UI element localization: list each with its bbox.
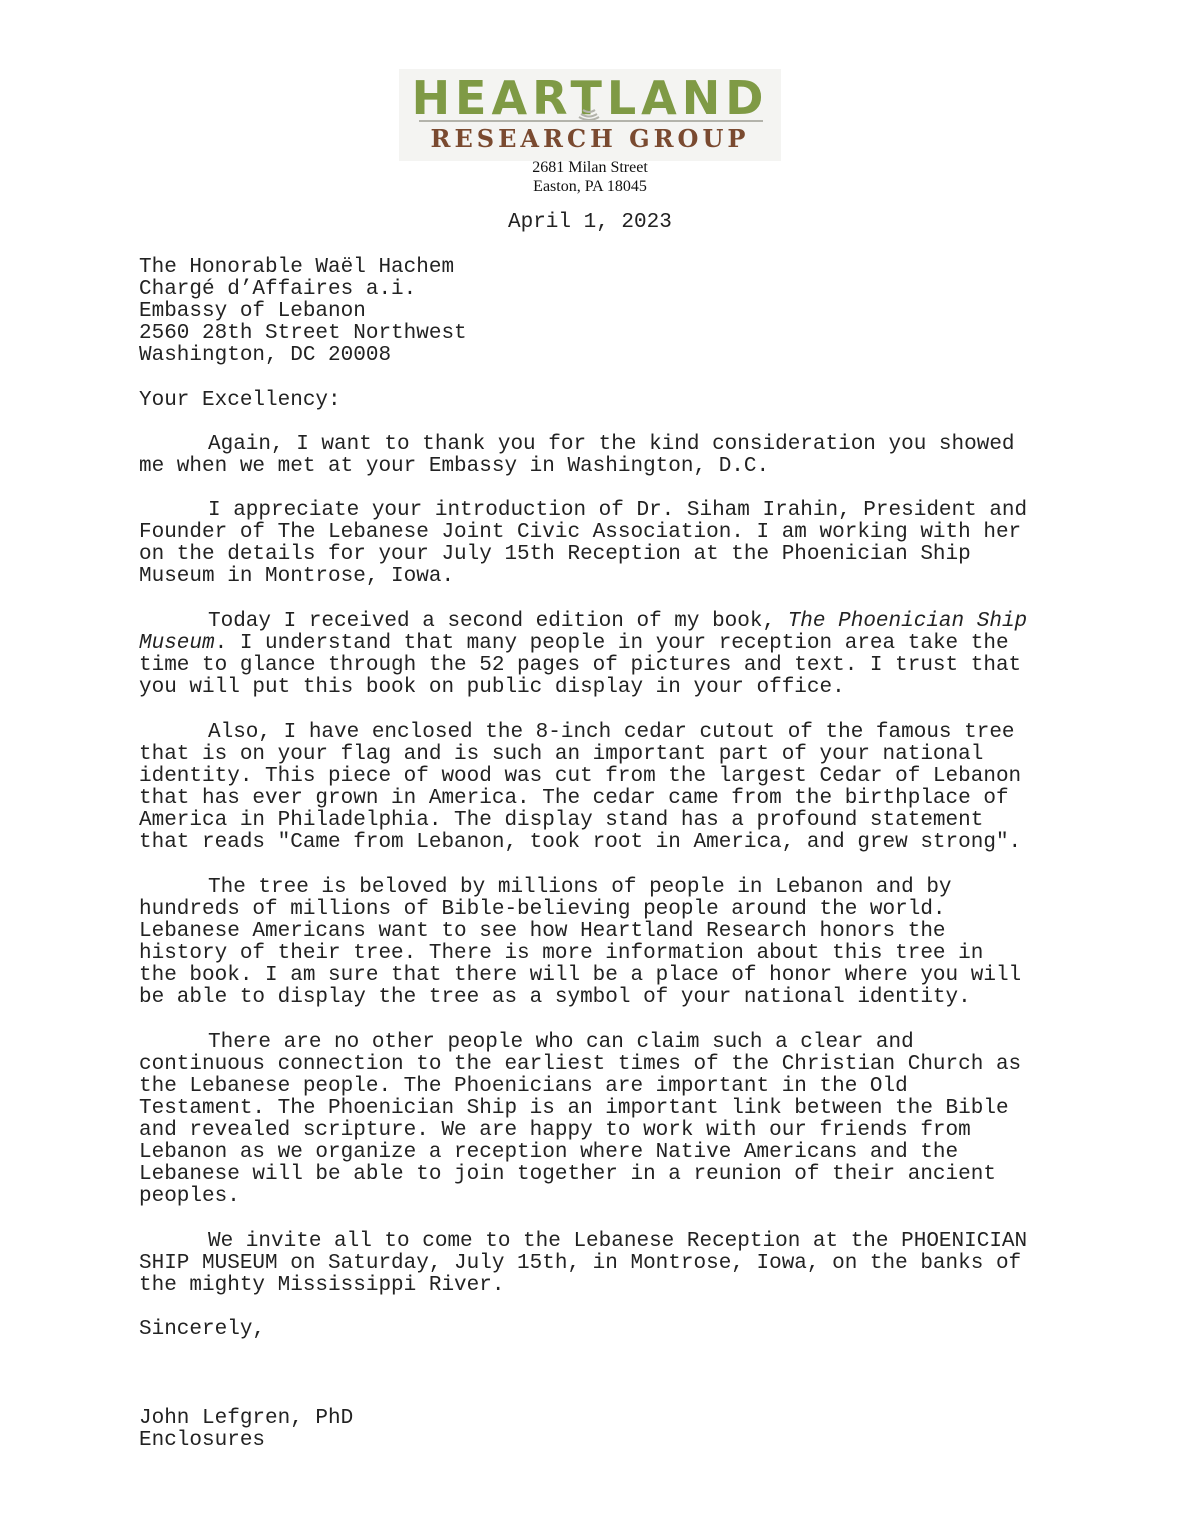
book-title: Museum xyxy=(139,632,215,655)
paragraph-line: me when we met at your Embassy in Washin… xyxy=(139,456,769,478)
paragraph-line: America in Philadelphia. The display sta… xyxy=(139,810,983,832)
paragraph-line: time to glance through the 52 pages of p… xyxy=(139,655,1021,677)
recipient-line: 2560 28th Street Northwest xyxy=(139,323,467,345)
paragraph-line: Lebanon as we organize a reception where… xyxy=(139,1142,958,1164)
paragraph-line: peoples. xyxy=(139,1186,240,1208)
paragraph-line: SHIP MUSEUM on Saturday, July 15th, in M… xyxy=(139,1253,1021,1275)
paragraph-line: continuous connection to the earliest ti… xyxy=(139,1054,1021,1076)
letter-body: The Honorable Waël Hachem Chargé d’Affai… xyxy=(139,0,1059,1348)
paragraph-line: that has ever grown in America. The ceda… xyxy=(139,788,1009,810)
paragraph-line: There are no other people who can claim … xyxy=(139,1032,914,1054)
paragraph-line: the Lebanese people. The Phoenicians are… xyxy=(139,1076,908,1098)
recipient-line: Embassy of Lebanon xyxy=(139,301,366,323)
paragraph-line: you will put this book on public display… xyxy=(139,677,845,699)
paragraph-line: identity. This piece of wood was cut fro… xyxy=(139,766,1021,788)
signature-name: John Lefgren, PhD xyxy=(139,1408,353,1430)
salutation: Your Excellency: xyxy=(139,390,341,412)
paragraph-line: Testament. The Phoenician Ship is an imp… xyxy=(139,1098,1009,1120)
paragraph-line: the mighty Mississippi River. xyxy=(139,1275,504,1297)
paragraph-line: on the details for your July 15th Recept… xyxy=(139,544,971,566)
enclosures-note: Enclosures xyxy=(139,1430,265,1452)
paragraph-line: Also, I have enclosed the 8-inch cedar c… xyxy=(139,722,1015,744)
paragraph-line: The tree is beloved by millions of peopl… xyxy=(139,877,952,899)
text-span: Today I received a second edition of my … xyxy=(208,610,788,633)
paragraph-line: Founder of The Lebanese Joint Civic Asso… xyxy=(139,522,1021,544)
recipient-line: Washington, DC 20008 xyxy=(139,345,391,367)
paragraph-line: Museum. I understand that many people in… xyxy=(139,633,1009,655)
book-title: The Phoenician Ship xyxy=(788,610,1027,633)
paragraph-line: Again, I want to thank you for the kind … xyxy=(139,434,1015,456)
paragraph-line: Museum in Montrose, Iowa. xyxy=(139,566,454,588)
text-span: . I understand that many people in your … xyxy=(215,632,1009,655)
recipient-line: Chargé d’Affaires a.i. xyxy=(139,279,416,301)
paragraph-line: Today I received a second edition of my … xyxy=(139,611,1027,633)
paragraph-line: and revealed scripture. We are happy to … xyxy=(139,1120,971,1142)
paragraph-line: We invite all to come to the Lebanese Re… xyxy=(139,1231,1027,1253)
paragraph-line: I appreciate your introduction of Dr. Si… xyxy=(139,500,1027,522)
recipient-line: The Honorable Waël Hachem xyxy=(139,257,454,279)
paragraph-line: that reads "Came from Lebanon, took root… xyxy=(139,832,1021,854)
paragraph-line: the book. I am sure that there will be a… xyxy=(139,965,1021,987)
paragraph-line: hundreds of millions of Bible-believing … xyxy=(139,899,946,921)
paragraph-line: Lebanese will be able to join together i… xyxy=(139,1164,996,1186)
paragraph-line: Lebanese Americans want to see how Heart… xyxy=(139,921,946,943)
paragraph-line: history of their tree. There is more inf… xyxy=(139,943,983,965)
paragraph-line: that is on your flag and is such an impo… xyxy=(139,744,983,766)
closing: Sincerely, xyxy=(139,1319,265,1341)
paragraph-line: be able to display the tree as a symbol … xyxy=(139,987,971,1009)
